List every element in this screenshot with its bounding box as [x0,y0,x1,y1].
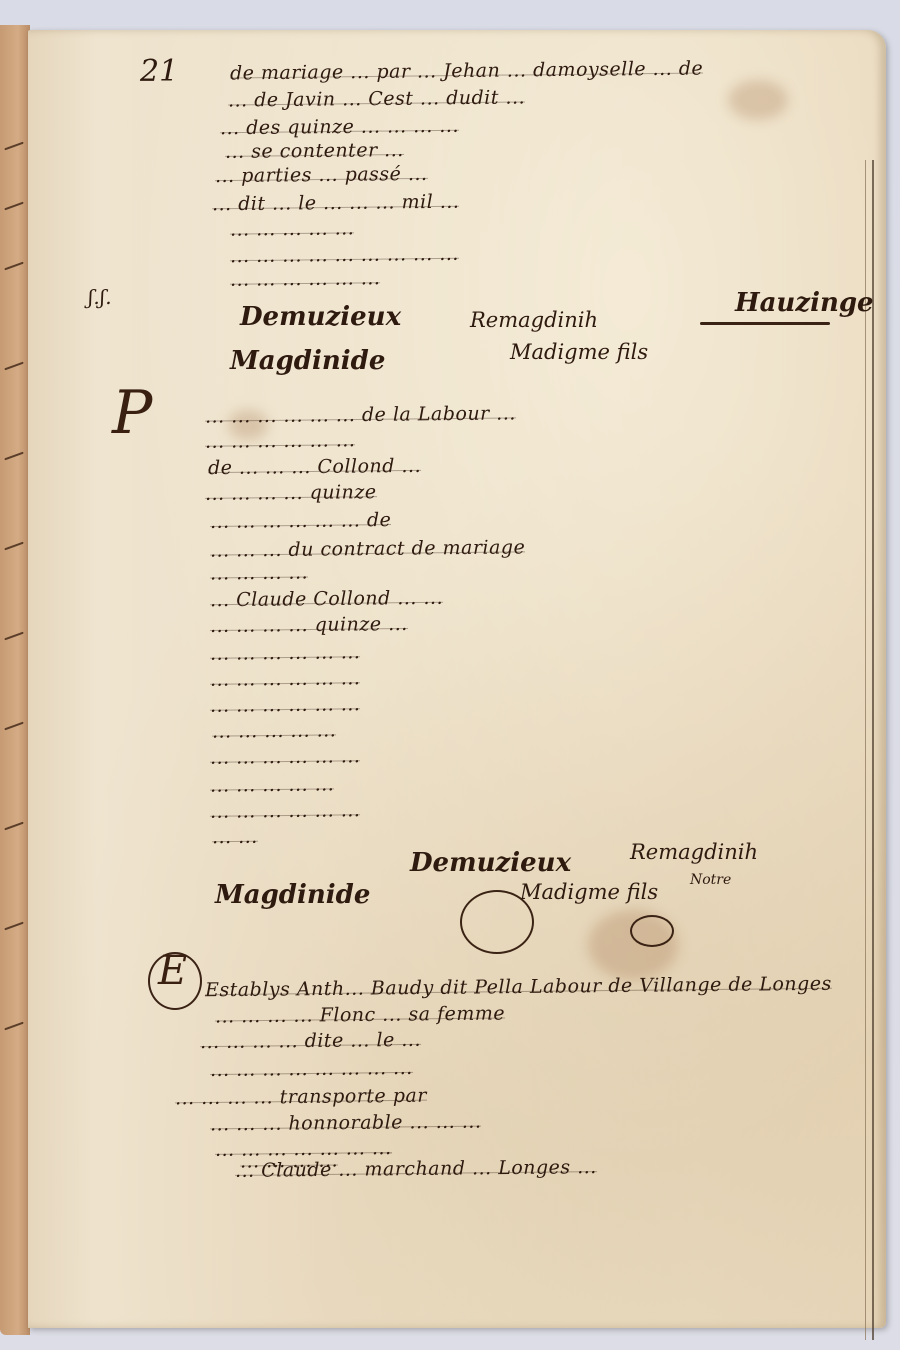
act-line: ... ... ... ... Flonc ... sa femme [215,1002,505,1027]
signature-magdinide: Magdinide [215,880,370,910]
act-line: ... se contenter ... [225,139,404,163]
act-line: ... ... ... ... ... ... de [210,509,392,533]
signature-hauzinge: Hauzinge [735,288,874,318]
act-line: ... ... ... ... quinze ... [210,613,408,637]
act-line: ... dit ... le ... ... ... mil ... [212,191,460,216]
act-line: ... ... ... ... ... ... [210,799,361,823]
act-line: ... ... ... ... ... ... de la Labour ... [205,402,516,427]
paraph-flourish [460,890,534,954]
page-edge [865,160,874,1340]
signature-flourish [700,322,830,325]
margin-note: ʃ.ʃ. [88,285,112,309]
act-line: ... ... ... ... [210,561,308,584]
act-line: ... ... ... ... dite ... le ... [200,1029,421,1053]
act-line: ... de Javin ... Cest ... dudit ... [228,86,525,111]
signature-demuzieux: Demuzieux [240,302,401,332]
act-line: ... ... ... ... ... ... [230,267,381,291]
signature-madigme: Madigme fils [520,880,658,904]
act-line: ... ... ... ... ... ... ... ... ... [230,243,459,267]
signature-remagdinih: Remagdinih [470,308,598,332]
act-initial: P [112,378,152,448]
act-line: ... Claude ... marchand ... Longes ... [235,1156,597,1182]
act-line: ... ... [212,826,258,848]
act-line: de ... ... ... Collond ... [208,455,421,479]
act-line: ... Claude Collond ... ... [210,587,443,611]
notary-mark: Notre [690,872,731,888]
act-line: ... ... ... ... ... ... [210,667,361,691]
signature-remagdinih: Remagdinih [630,840,758,864]
act-line: ... ... ... ... ... [212,719,336,742]
signature-demuzieux: Demuzieux [410,848,571,878]
act-line: ... ... ... honnorable ... ... ... [210,1111,482,1136]
act-line: ... ... ... ... transporte par [175,1085,427,1110]
manuscript-page [28,30,886,1328]
signature-madigme: Madigme fils [510,340,648,364]
act-line: ... des quinze ... ... ... ... [220,115,459,140]
act-line: ... ... ... ... ... [210,773,334,796]
act-line: ... ... ... ... ... ... [210,693,361,717]
act-line: ... ... ... ... quinze [205,481,377,505]
act-line: ... ... ... ... ... [230,217,354,240]
act-line: ... ... ... ... ... ... [205,429,356,453]
act-line: ... parties ... passé ... [215,163,428,187]
act-line: ... ... ... du contract de mariage [210,536,525,561]
act-initial: E [158,948,187,994]
adjacent-left-page [0,25,30,1335]
act-line: ... ... ... ... ... ... [210,641,361,665]
act-line: ... ... ... ... ... ... ... ... [210,1057,413,1081]
folio-number: 21 [140,54,178,89]
paraph-flourish [630,915,674,947]
act-line: ... ... ... ... ... ... [210,745,361,769]
signature-magdinide: Magdinide [230,346,385,376]
